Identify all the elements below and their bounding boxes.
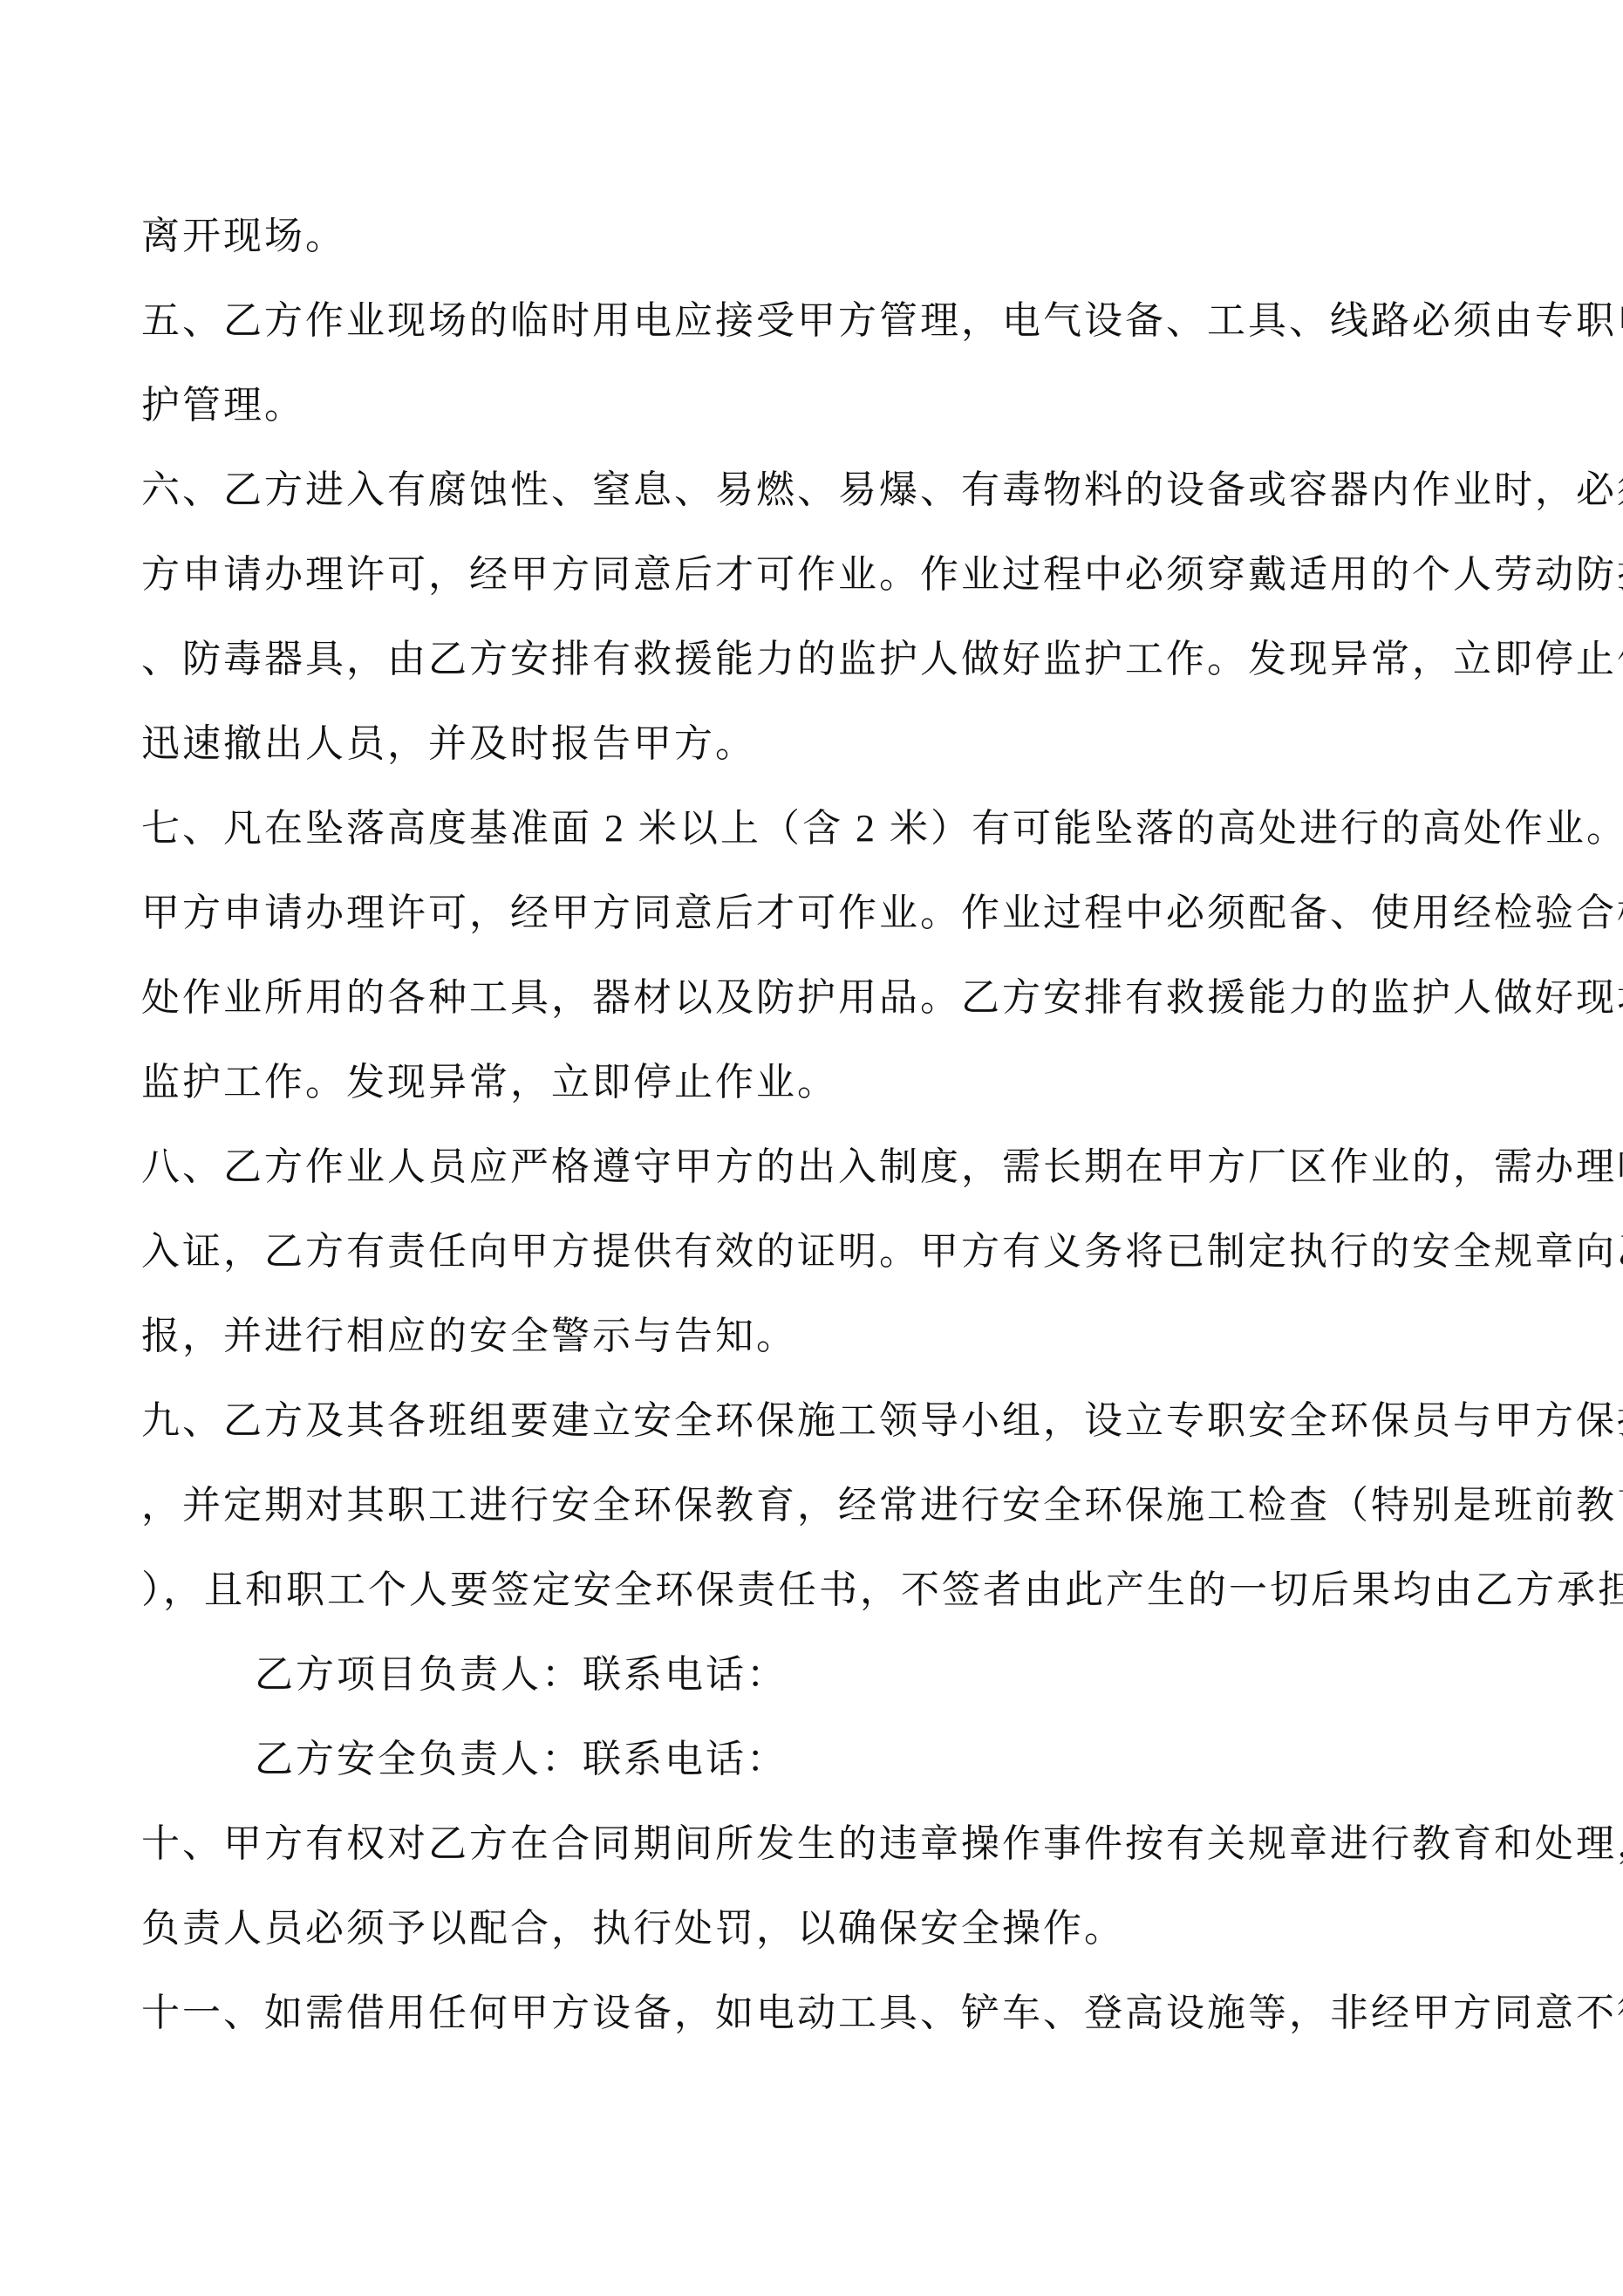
clause-7-line-2: 甲方申请办理许可，经甲方同意后才可作业。作业过程中必须配备、使用经检验合格的高	[141, 871, 1502, 955]
clause-7-line-1: 七、凡在坠落高度基准面 2 米以上（含 2 米）有可能坠落的高处进行的高处作业。…	[141, 786, 1502, 871]
clause-9-line-3: ），且和职工个人要签定安全环保责任书，不签者由此产生的一切后果均由乙方承担。	[141, 1548, 1502, 1632]
clause-7-line-4: 监护工作。发现异常，立即停止作业。	[141, 1040, 1502, 1124]
clause-9-line-2: ，并定期对其职工进行安全环保教育，经常进行安全环保施工检查（特别是班前教育检查	[141, 1463, 1502, 1548]
clause-10-line-1: 十、甲方有权对乙方在合同期间所发生的违章操作事件按有关规章进行教育和处理，乙方	[141, 1801, 1502, 1886]
clause-5-line-2: 护管理。	[141, 363, 1502, 448]
clause-8-line-1: 八、乙方作业人员应严格遵守甲方的出入制度，需长期在甲方厂区作业的，需办理临时出	[141, 1124, 1502, 1209]
project-manager-contact: 乙方项目负责人：联系电话：	[141, 1632, 1502, 1717]
clause-10-line-2: 负责人员必须予以配合，执行处罚，以确保安全操作。	[141, 1886, 1502, 1971]
clause-6-line-4: 迅速撤出人员，并及时报告甲方。	[141, 701, 1502, 786]
safety-manager-contact: 乙方安全负责人：联系电话：	[141, 1717, 1502, 1801]
text-line: 离开现场。	[141, 194, 1502, 278]
document-page: 离开现场。 五、乙方作业现场的临时用电应接受甲方管理，电气设备、工具、线路必须由…	[141, 194, 1502, 2055]
clause-9-line-1: 九、乙方及其各班组要建立安全环保施工领导小组，设立专职安全环保员与甲方保持联系	[141, 1378, 1502, 1463]
clause-6-line-3: 、防毒器具，由乙方安排有救援能力的监护人做好监护工作。发现异常，立即停止作业，	[141, 617, 1502, 701]
clause-6-line-2: 方申请办理许可，经甲方同意后才可作业。作业过程中必须穿戴适用的个人劳动防护用品	[141, 532, 1502, 617]
clause-7-line-3: 处作业所用的各种工具，器材以及防护用品。乙方安排有救援能力的监护人做好现场安全	[141, 955, 1502, 1040]
clause-11-line-1: 十一、如需借用任何甲方设备，如电动工具、铲车、登高设施等，非经甲方同意不得擅自	[141, 1971, 1502, 2055]
clause-6-line-1: 六、乙方进入有腐蚀性、窒息、易燃、易爆、有毒物料的设备或容器内作业时，必须向甲	[141, 448, 1502, 532]
clause-5-line-1: 五、乙方作业现场的临时用电应接受甲方管理，电气设备、工具、线路必须由专职电工维	[141, 278, 1502, 363]
clause-8-line-2: 入证，乙方有责任向甲方提供有效的证明。甲方有义务将已制定执行的安全规章向乙方通	[141, 1209, 1502, 1294]
clause-8-line-3: 报，并进行相应的安全警示与告知。	[141, 1294, 1502, 1378]
